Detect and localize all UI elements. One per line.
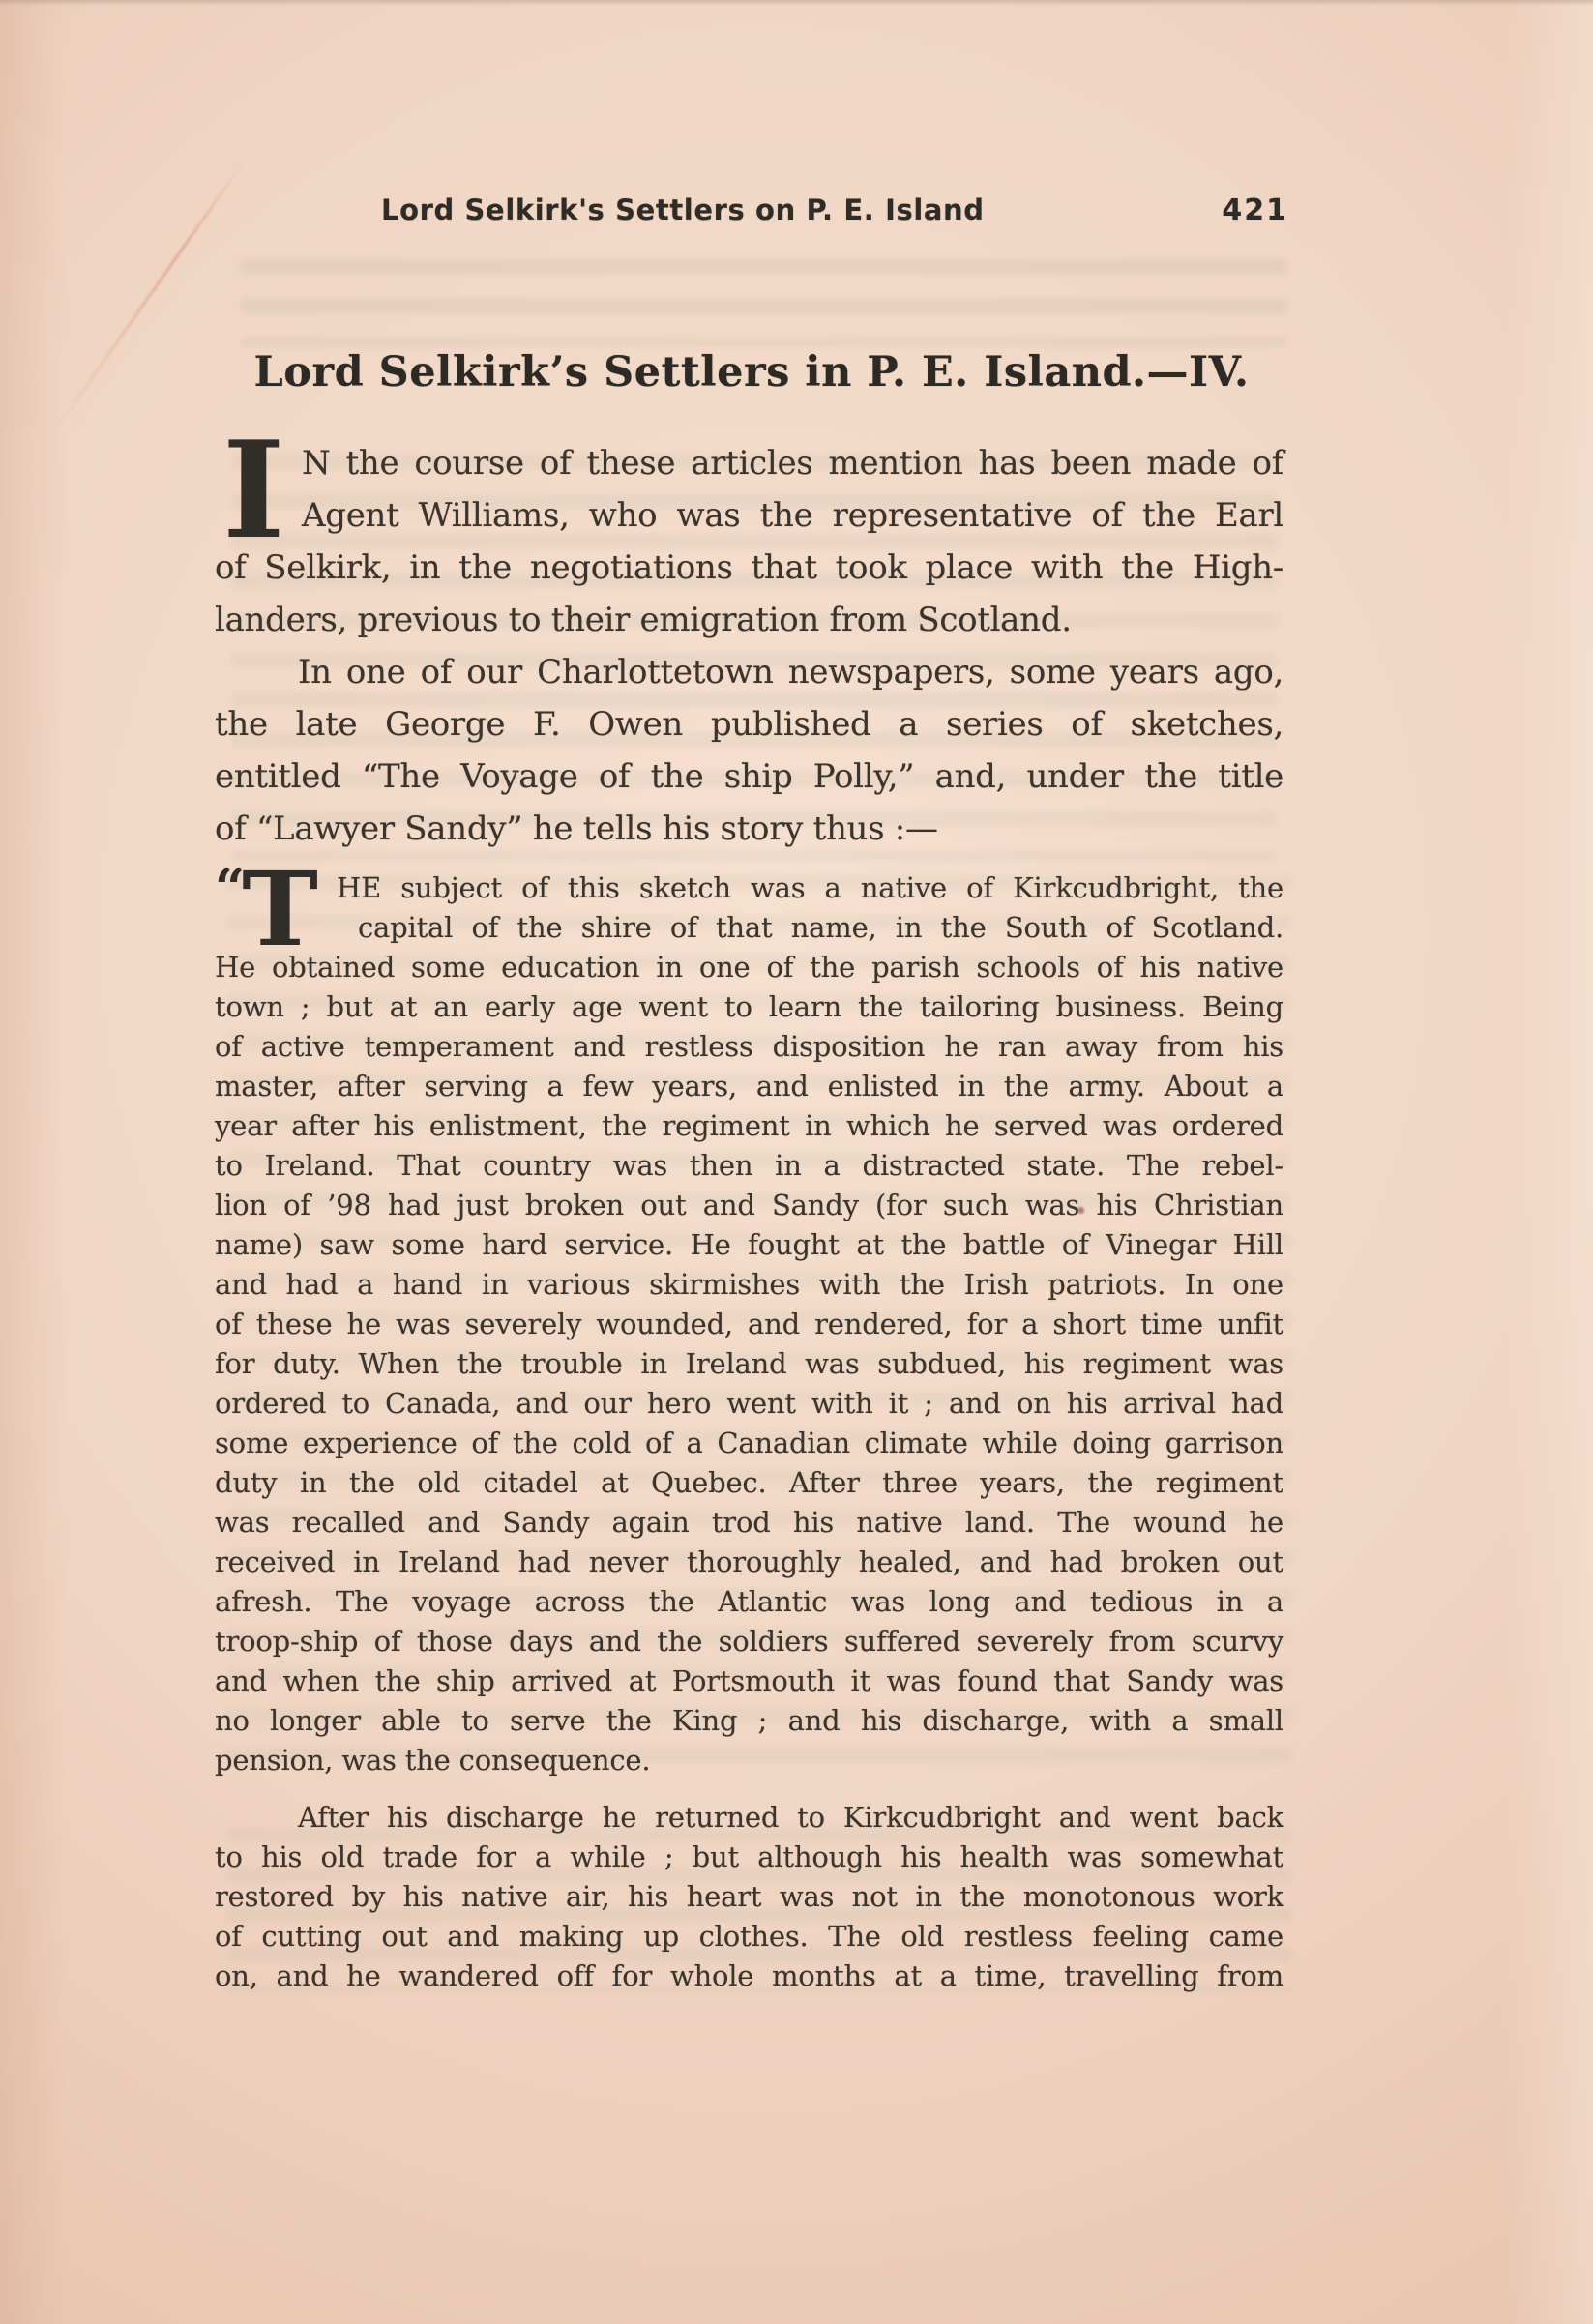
text-line: capital of the shire of that name, in th…	[215, 908, 1283, 948]
text-line: was recalled and Sandy again trod his na…	[215, 1503, 1283, 1543]
text-line: pension, was the consequence.	[215, 1741, 1283, 1780]
text-line: In one of our Charlottetown newspapers, …	[215, 646, 1283, 698]
text-line: of these he was severely wounded, and re…	[215, 1305, 1283, 1344]
text-line: to Ireland. That country was then in a d…	[215, 1146, 1283, 1186]
text-line: duty in the old citadel at Quebec. After…	[215, 1463, 1283, 1503]
paragraph: In one of our Charlottetown newspapers, …	[215, 646, 1283, 855]
article-body: IN the course of these articles mention …	[215, 437, 1283, 1996]
text-line: HE subject of this sketch was a native o…	[215, 868, 1283, 908]
text-line: of Selkirk, in the negotiations that too…	[215, 542, 1283, 594]
drop-cap-quote: “	[215, 868, 239, 907]
text-line: no longer able to serve the King ; and h…	[215, 1701, 1283, 1741]
text-line: Agent Williams, who was the representati…	[215, 489, 1283, 542]
text-line: ordered to Canada, and our hero went wit…	[215, 1384, 1283, 1424]
text-line: of cutting out and making up clothes. Th…	[215, 1917, 1283, 1956]
text-line: to his old trade for a while ; but altho…	[215, 1838, 1283, 1877]
text-line: town ; but at an early age went to learn…	[215, 987, 1283, 1027]
text-line: After his discharge he returned to Kirkc…	[215, 1798, 1283, 1838]
text-line: master, after serving a few years, and e…	[215, 1067, 1283, 1106]
running-header-title: Lord Selkirk's Settlers on P. E. Island	[381, 193, 985, 226]
text-line: lion of ’98 had just broken out and Sand…	[215, 1186, 1283, 1225]
text-line: restored by his native air, his heart wa…	[215, 1877, 1283, 1917]
page-number: 421	[1222, 193, 1288, 227]
text-line: on, and he wandered off for whole months…	[215, 1956, 1283, 1996]
running-header: Lord Selkirk's Settlers on P. E. Island …	[215, 193, 1288, 227]
text-line: some experience of the cold of a Canadia…	[215, 1424, 1283, 1463]
text-line: of “Lawyer Sandy” he tells his story thu…	[215, 803, 1283, 855]
text-line: for duty. When the trouble in Ireland wa…	[215, 1344, 1283, 1384]
paragraph: “THE subject of this sketch was a native…	[215, 868, 1283, 1780]
text-line: received in Ireland had never thoroughly…	[215, 1543, 1283, 1582]
paragraph: After his discharge he returned to Kirkc…	[215, 1798, 1283, 1996]
article-title: Lord Selkirk’s Settlers in P. E. Island.…	[215, 348, 1288, 397]
paragraph: IN the course of these articles mention …	[215, 437, 1283, 646]
text-line: of active temperament and restless dispo…	[215, 1027, 1283, 1067]
drop-cap-letter: T	[242, 870, 318, 948]
text-line: troop-ship of those days and the soldier…	[215, 1622, 1283, 1662]
text-line: name) saw some hard service. He fought a…	[215, 1225, 1283, 1265]
text-line: the late George F. Owen published a seri…	[215, 698, 1283, 750]
text-line: landers, previous to their emigration fr…	[215, 594, 1283, 646]
bleed-through-artifact	[242, 259, 1286, 346]
drop-cap: I	[222, 441, 285, 540]
text-line: year after his enlistment, the regiment …	[215, 1106, 1283, 1146]
drop-cap-letter: I	[222, 441, 285, 540]
text-line: and had a hand in various skirmishes wit…	[215, 1265, 1283, 1305]
scanned-book-page: Lord Selkirk's Settlers on P. E. Island …	[0, 0, 1593, 2324]
text-line: N the course of these articles mention h…	[215, 437, 1283, 489]
drop-cap: “T	[215, 870, 318, 948]
text-line: afresh. The voyage across the Atlantic w…	[215, 1582, 1283, 1622]
text-line: and when the ship arrived at Portsmouth …	[215, 1662, 1283, 1701]
text-line: He obtained some education in one of the…	[215, 948, 1283, 987]
text-line: entitled “The Voyage of the ship Polly,”…	[215, 750, 1283, 803]
